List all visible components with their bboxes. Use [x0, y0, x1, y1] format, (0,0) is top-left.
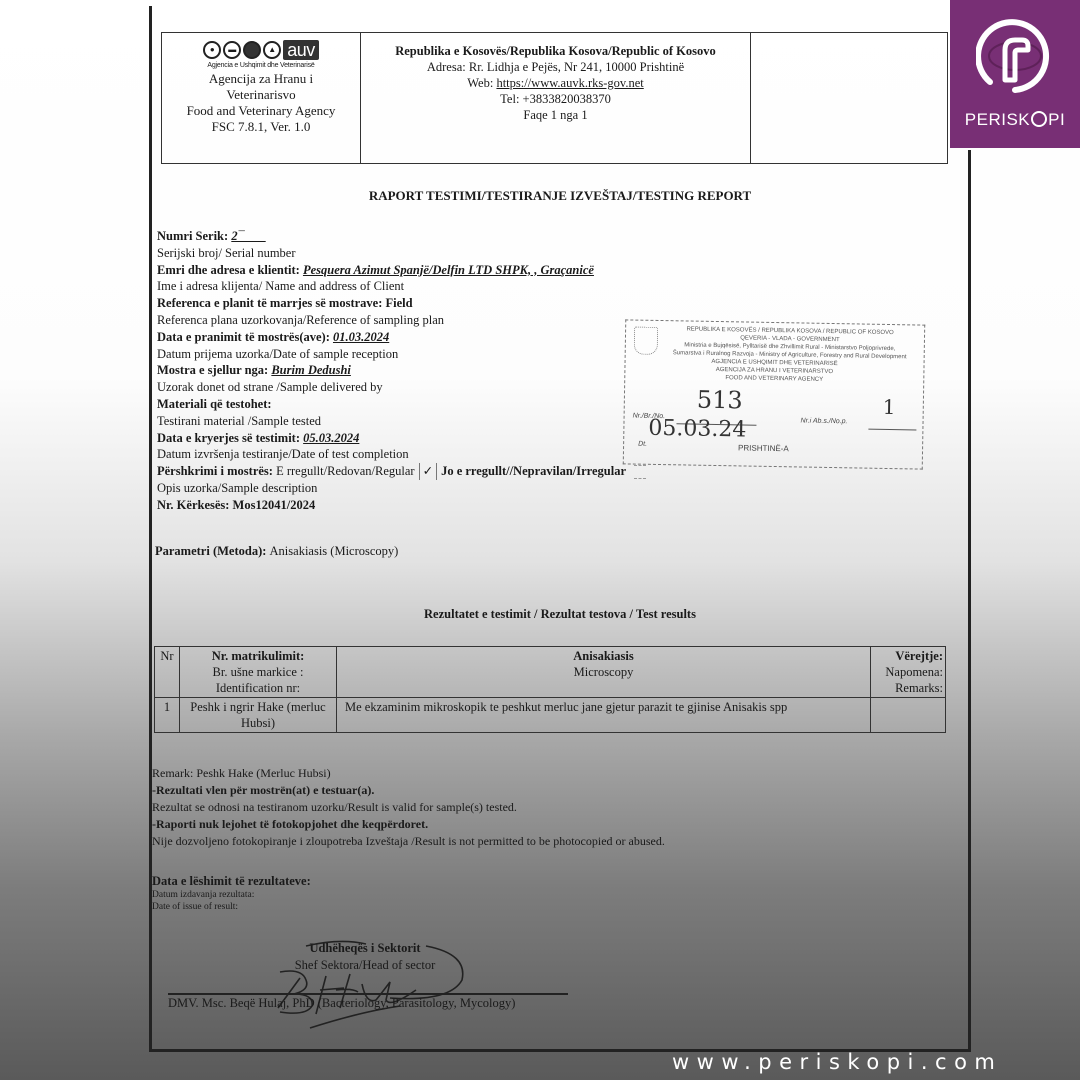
header-remarks: Vërejtje: Napomena: Remarks: [871, 647, 946, 698]
field-sub: Testirani material /Sample tested [157, 413, 646, 430]
checkbox-irregular[interactable] [634, 465, 646, 479]
stamp-ref-value: 1 [883, 403, 896, 411]
parameter-label: Parametri (Metoda): [155, 544, 270, 558]
copy-note-en: Nije dozvoljeno fotokopiranje i zloupotr… [152, 833, 665, 850]
agency-name-en: Food and Veterinary Agency [162, 103, 360, 119]
agency-tel: Tel: +3833820038370 [361, 91, 750, 107]
results-header-row: Nr Nr. matrikulimit: Br. ušne markice : … [155, 647, 946, 698]
stamp-ref-label: Nr.i Ab.s./No.p. [800, 417, 847, 426]
agency-logo-subtitle: Agjencia e Ushqimit dhe Veterinarisë [162, 61, 360, 71]
periskopi-wordmark: PERISKPI [950, 110, 1080, 130]
cell-remarks [871, 698, 946, 733]
field-label: Mostra e sjellur nga: [157, 363, 271, 377]
field-sub: Uzorak donet od strane /Sample delivered… [157, 379, 646, 396]
field-label: Data e pranimit të mostrës(ave): [157, 330, 333, 344]
field-label: Përshkrimi i mostrës: [157, 464, 276, 478]
field-sample-description: Përshkrimi i mostrës: E rregullt/Redovan… [157, 463, 646, 480]
republic-block: Republika e Kosovës/Republika Kosova/Rep… [361, 33, 751, 163]
page-number: Faqe 1 nga 1 [361, 107, 750, 123]
check-icon: ✓ [423, 464, 433, 478]
field-serial: Numri Serik: 2¯ ___ [157, 228, 646, 245]
option-regular: E rregullt/Redovan/Regular [276, 464, 415, 478]
field-value: Pesquera Azimut Spanjë/Delfin LTD SHPK, … [303, 263, 594, 277]
field-reception-date: Data e pranimit të mostrës(ave): 01.03.2… [157, 329, 646, 346]
field-label: Numri Serik: [157, 229, 231, 243]
field-label: Referenca e planit të marrjes së mostrav… [157, 296, 413, 310]
parameter-method: Parametri (Metoda): Anisakiasis (Microsc… [155, 544, 398, 559]
header-remarks-line: Napomena: [873, 664, 943, 680]
wordmark-right: PI [1048, 110, 1065, 129]
field-value: 05.03.2024 [303, 431, 359, 445]
signature-line [168, 993, 568, 995]
document-border-right [968, 150, 971, 1052]
field-label: Data e kryerjes së testimit: [157, 431, 303, 445]
wordmark-o-icon [1031, 111, 1047, 127]
auv-logo-text: auv [283, 40, 319, 60]
parameter-value: Anisakiasis (Microscopy) [270, 544, 399, 558]
stamp-date-label: Dt. [638, 441, 647, 449]
field-sub: Serijski broj/ Serial number [157, 245, 646, 262]
periskopi-logo-icon [976, 16, 1054, 96]
stamp-ref-line [868, 429, 916, 431]
field-value: 2¯ ___ [231, 229, 265, 243]
official-stamp: REPUBLIKA E KOSOVËS / REPUBLIKA KOSOVA /… [623, 319, 925, 469]
website-url: www.periskopi.com [672, 1050, 1002, 1074]
field-sub: Ime i adresa klijenta/ Name and address … [157, 278, 646, 295]
copy-note-sq: -Raporti nuk lejohet të fotokopjohet dhe… [152, 816, 665, 833]
stamp-nr-value: 513 [697, 396, 743, 405]
agency-name-line1: Agencija za Hranu i [162, 71, 360, 87]
results-table: Nr Nr. matrikulimit: Br. ušne markice : … [154, 646, 946, 733]
report-title: RAPORT TESTIMI/TESTIRANJE IZVEŠTAJ/TESTI… [150, 188, 970, 204]
header-remarks-line: Remarks: [873, 680, 943, 696]
apple-icon [243, 41, 261, 59]
field-sub: Referenca plana uzorkovanja/Reference of… [157, 312, 646, 329]
document-header: ● ▬ ▲ auv Agjencia e Ushqimit dhe Veteri… [161, 32, 948, 164]
header-id: Nr. matrikulimit: Br. ušne markice : Ide… [180, 647, 337, 698]
header-test-line: Anisakiasis [339, 648, 868, 664]
validity-note-sq: -Rezultati vlen për mostrën(at) e testua… [152, 782, 665, 799]
web-link[interactable]: https://www.auvk.rks-gov.net [496, 76, 643, 90]
header-id-line: Br. ušne markice : [182, 664, 334, 680]
issue-date-label: Data e lëshimit të rezultateve: [152, 874, 311, 889]
option-irregular: Jo e rregullt//Nepravilan/Irregular [441, 464, 626, 478]
field-value: Burim Dedushi [271, 363, 351, 377]
header-id-line: Nr. matrikulimit: [182, 648, 334, 664]
remarks-block: Remark: Peshk Hake (Merluc Hubsi) -Rezul… [152, 765, 665, 850]
results-title: Rezultatet e testimit / Rezultat testova… [150, 607, 970, 622]
signer-name: DMV. Msc. Beqë Hulaj, PhD (Bacteriology,… [168, 996, 515, 1011]
header-id-line: Identification nr: [182, 680, 334, 696]
agency-logo: ● ▬ ▲ auv [162, 39, 360, 61]
field-delivered-by: Mostra e sjellur nga: Burim Dedushi [157, 362, 646, 379]
stamp-city: PRISHTINË-A [738, 444, 789, 453]
stamp-header: REPUBLIKA E KOSOVËS / REPUBLIKA KOSOVA /… [626, 324, 925, 361]
field-sub: Datum prijema uzorka/Date of sample rece… [157, 346, 646, 363]
validity-note-en: Rezultat se odnosi na testiranom uzorku/… [152, 799, 665, 816]
issue-date-sub: Date of issue of result: [152, 901, 311, 913]
meat-icon: ▬ [223, 41, 241, 59]
field-label: Emri dhe adresa e klientit: [157, 263, 303, 277]
header-nr: Nr [155, 647, 180, 698]
web-label: Web: [467, 76, 496, 90]
field-material: Materiali që testohet: [157, 396, 646, 413]
field-value: 01.03.2024 [333, 330, 389, 344]
form-code: FSC 7.8.1, Ver. 1.0 [162, 119, 360, 135]
header-remarks-line: Vërejtje: [873, 648, 943, 664]
field-sub: Opis uzorka/Sample description [157, 480, 646, 497]
republic-name: Republika e Kosovës/Republika Kosova/Rep… [361, 43, 750, 59]
wordmark-left: PERISK [965, 110, 1030, 129]
agency-web: Web: https://www.auvk.rks-gov.net [361, 75, 750, 91]
agency-address: Adresa: Rr. Lidhja e Pejës, Nr 241, 1000… [361, 59, 750, 75]
handwritten-signature [240, 928, 480, 1038]
periskopi-brand-badge: PERISKPI [950, 0, 1080, 148]
drop-icon: ● [203, 41, 221, 59]
field-label: Materiali që testohet: [157, 397, 272, 411]
issue-date-block: Data e lëshimit të rezultateve: Datum iz… [152, 874, 311, 913]
table-row: 1 Peshk i ngrir Hake (merluc Hubsi) Me e… [155, 698, 946, 733]
header-test-line: Microscopy [339, 664, 868, 680]
cell-nr: 1 [155, 698, 180, 733]
animal-icon: ▲ [263, 41, 281, 59]
header-empty-cell [751, 33, 947, 163]
stamp-date-value: 05.03.24 [648, 425, 746, 435]
agency-name-line2: Veterinarisvo [162, 87, 360, 103]
agency-block: ● ▬ ▲ auv Agjencia e Ushqimit dhe Veteri… [162, 33, 361, 163]
header-test: Anisakiasis Microscopy [337, 647, 871, 698]
field-test-date: Data e kryerjes së testimit: 05.03.2024 [157, 430, 646, 447]
remark-line: Remark: Peshk Hake (Merluc Hubsi) [152, 765, 665, 782]
report-fields: Numri Serik: 2¯ ___ Serijski broj/ Seria… [157, 228, 646, 514]
field-sub: Datum izvršenja testiranje/Date of test … [157, 446, 646, 463]
field-sampling-plan: Referenca e planit të marrjes së mostrav… [157, 295, 646, 312]
cell-id: Peshk i ngrir Hake (merluc Hubsi) [180, 698, 337, 733]
issue-date-sub: Datum izdavanja rezultata: [152, 889, 311, 901]
coat-of-arms-icon [634, 327, 658, 355]
request-number: Nr. Kërkesës: Mos12041/2024 [157, 497, 646, 514]
checkbox-regular[interactable]: ✓ [419, 463, 437, 480]
cell-result: Me ekzaminim mikroskopik te peshkut merl… [337, 698, 871, 733]
field-client: Emri dhe adresa e klientit: Pesquera Azi… [157, 262, 646, 279]
